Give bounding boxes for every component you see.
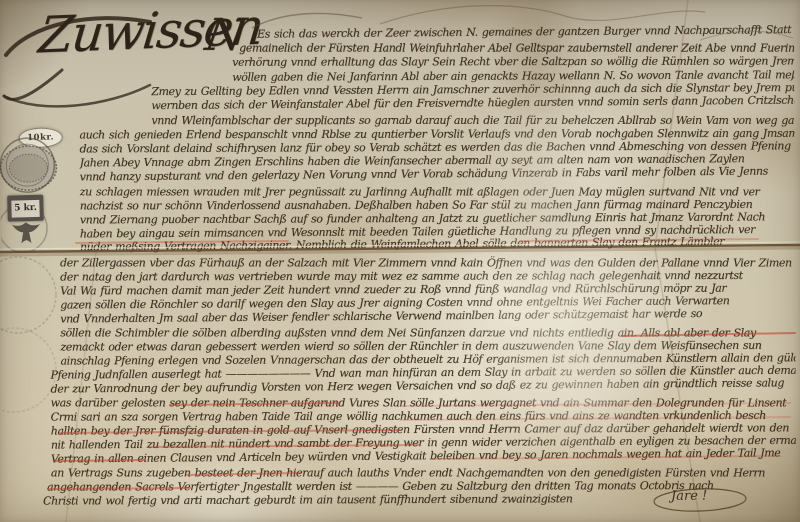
manuscript-text-block: Zuwissen N Es sich das werckh der Zeer z… (0, 0, 800, 522)
manuscript-line: vnnd Wleinfamblschar der supplicants so … (151, 114, 794, 127)
manuscript-line: zu schlagen miessen wrauden mit Jrer peg… (80, 185, 795, 198)
revenue-stamp-strip: 10kr. 5 kr. (0, 123, 68, 255)
manuscript-line: der Zillergassen vber das Fürhauß an der… (60, 256, 795, 269)
stamp-denomination-label: 5 kr. (11, 199, 39, 217)
manuscript-lines: Es sich das werckh der Zeer zwischen N. … (0, 0, 799, 2)
manuscript-line: gemainelich der Fürsten Handl Weinfuhrla… (239, 42, 794, 55)
manuscript-line: an Vertrags Suns zugeben besteet der Jne… (51, 466, 796, 479)
manuscript-line: was darüber gelosten sey der nein Teschn… (51, 396, 796, 409)
manuscript-line: verhörung vnnd erhalltung das Slayr Sein… (232, 54, 794, 68)
eagle-icon (12, 222, 41, 244)
manuscript-line: Es sich das werckh der Zeer zwischen N. … (257, 23, 794, 41)
revenue-stamp-5kr: 5 kr. (7, 195, 44, 222)
manuscript-line: Christi vnd wol fertig vnd arti machart … (43, 492, 663, 508)
stamp-engraving (0, 123, 68, 255)
manuscript-line: söllen die Schimbler die sölben alberdin… (60, 326, 795, 339)
manuscript-photo: Zuwissen N Es sich das werckh der Zeer z… (0, 0, 800, 522)
closing-word: Jare ! (671, 490, 707, 504)
